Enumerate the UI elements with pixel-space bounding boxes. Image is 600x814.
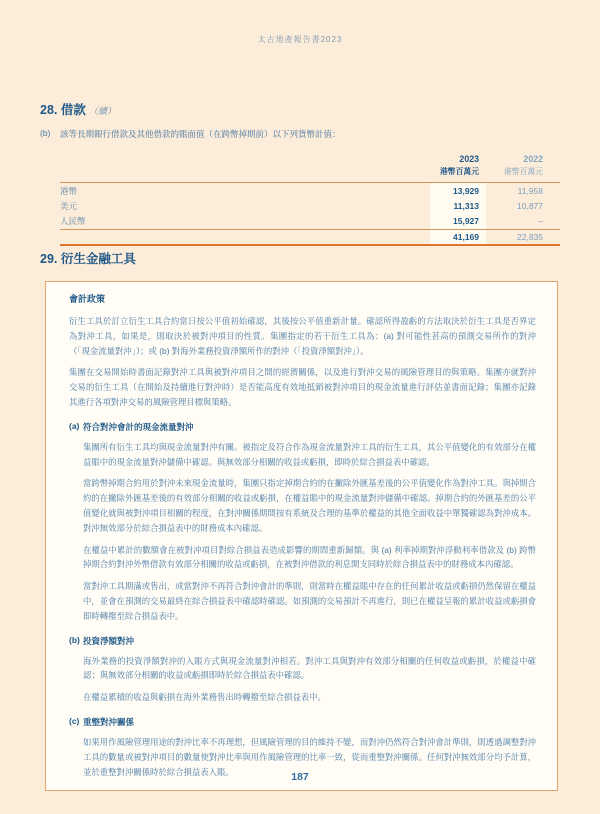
subsection-paragraph: 在權益累積的收益與虧損在海外業務售出時轉撥至綜合損益表中。 bbox=[83, 690, 536, 705]
subsection-paragraph: 當跨幣掉期合約用於對沖未來現金流量時，集團只指定掉期合約的在撇除外匯基差後的公平… bbox=[83, 476, 536, 535]
column-header-2022: 2022 港幣百萬元 bbox=[486, 154, 560, 177]
section-29-number: 29. bbox=[40, 252, 57, 266]
subsection-a-heading: (a) 符合對沖會計的現金流量對沖 bbox=[69, 421, 536, 433]
table-row: 美元 11,313 10,877 bbox=[60, 198, 560, 213]
row-label: 人民幣 bbox=[60, 215, 430, 227]
section-28-title: 28. 借款（續） bbox=[40, 100, 560, 118]
accounting-policy-box: 會計政策 衍生工具於訂立衍生工具合約當日按公平值初始確認，其後按公平值重新計量。… bbox=[45, 281, 558, 791]
total-value-2023: 41,169 bbox=[430, 230, 486, 244]
row-value-2022: 10,877 bbox=[486, 201, 560, 211]
borrowings-currency-table: 2023 港幣百萬元 2022 港幣百萬元 港幣 13,929 11,958 美… bbox=[60, 154, 560, 246]
row-label: 美元 bbox=[60, 200, 430, 212]
subsection-a-body: 集團所有衍生工具均與現金流量對沖有關。被指定及符合作為現金流量對沖工具的衍生工具… bbox=[83, 440, 536, 624]
subsection-paragraph: 在權益中累計的數額會在被對沖項目對綜合損益表造成影響的期間重新歸類。與 (a) … bbox=[83, 543, 536, 573]
subsection-c-label: (c) bbox=[69, 716, 83, 728]
row-value-2022: 11,958 bbox=[486, 186, 560, 196]
table-row: 人民幣 15,927 – bbox=[60, 213, 560, 228]
subsection-paragraph: 當對沖工具期滿或售出，或當對沖不再符合對沖會計的準則，則當時在權益賬中存在的任何… bbox=[83, 579, 536, 623]
row-value-2023: 13,929 bbox=[430, 183, 486, 198]
subsection-a-title: 符合對沖會計的現金流量對沖 bbox=[83, 421, 194, 433]
subsection-paragraph: 集團所有衍生工具均與現金流量對沖有關。被指定及符合作為現金流量對沖工具的衍生工具… bbox=[83, 440, 536, 470]
policy-box-title: 會計政策 bbox=[69, 292, 536, 305]
subsection-b-body: 海外業務的投資淨額對沖的入賬方式與現金流量對沖相若。對沖工具與對沖有效部分相關的… bbox=[83, 654, 536, 705]
policy-subsection-b: (b) 投資淨額對沖 海外業務的投資淨額對沖的入賬方式與現金流量對沖相若。對沖工… bbox=[69, 635, 536, 705]
subsection-a-label: (a) bbox=[69, 421, 83, 433]
subsection-b-label: (b) bbox=[69, 635, 83, 647]
page-number: 187 bbox=[0, 771, 600, 783]
section-28-borrowings: 28. 借款（續） (b) 該等長期銀行借款及其他借款的賬面值（在跨幣掉期前）以… bbox=[40, 100, 560, 246]
row-value-2023: 11,313 bbox=[430, 198, 486, 213]
section-28-number: 28. bbox=[40, 103, 57, 117]
table-header-row: 2023 港幣百萬元 2022 港幣百萬元 bbox=[60, 154, 560, 183]
policy-intro-paragraph: 衍生工具於訂立衍生工具合約當日按公平值初始確認，其後按公平值重新計量。確認所得盈… bbox=[69, 314, 536, 358]
subsection-b-heading: (b) 投資淨額對沖 bbox=[69, 635, 536, 647]
row-value-2023: 15,927 bbox=[430, 213, 486, 228]
running-header: 太古地產報告書2023 bbox=[0, 34, 600, 45]
total-value-2022: 22,835 bbox=[486, 232, 560, 242]
section-29-heading: 衍生金融工具 bbox=[61, 252, 136, 266]
policy-intro-paragraph: 集團在交易開始時書面記錄對沖工具與被對沖項目之間的經濟關係，以及進行對沖交易的風… bbox=[69, 365, 536, 409]
subsection-c-heading: (c) 重整對沖關係 bbox=[69, 716, 536, 728]
table-total-row: 41,169 22,835 bbox=[60, 229, 560, 246]
row-value-2022: – bbox=[486, 216, 560, 226]
section-29-title: 29. 衍生金融工具 bbox=[40, 249, 560, 267]
table-row: 港幣 13,929 11,958 bbox=[60, 183, 560, 198]
report-page: 太古地產報告書2023 28. 借款（續） (b) 該等長期銀行借款及其他借款的… bbox=[0, 0, 600, 814]
section-28-item-b: (b) 該等長期銀行借款及其他借款的賬面值（在跨幣掉期前）以下列貨幣計值： bbox=[40, 128, 560, 140]
policy-subsection-a: (a) 符合對沖會計的現金流量對沖 集團所有衍生工具均與現金流量對沖有關。被指定… bbox=[69, 421, 536, 624]
item-b-text: 該等長期銀行借款及其他借款的賬面值（在跨幣掉期前）以下列貨幣計值： bbox=[60, 128, 341, 140]
row-label: 港幣 bbox=[60, 185, 430, 197]
subsection-paragraph: 海外業務的投資淨額對沖的入賬方式與現金流量對沖相若。對沖工具與對沖有效部分相關的… bbox=[83, 654, 536, 684]
subsection-b-title: 投資淨額對沖 bbox=[83, 635, 134, 647]
policy-subsection-c: (c) 重整對沖關係 如果用作風險管理用途的對沖比率不再理想，但風險管理的目的維… bbox=[69, 716, 536, 779]
subsection-c-title: 重整對沖關係 bbox=[83, 716, 134, 728]
column-header-2023: 2023 港幣百萬元 bbox=[430, 154, 486, 177]
section-28-continued-label: （續） bbox=[89, 106, 116, 116]
section-29-derivatives: 29. 衍生金融工具 會計政策 衍生工具於訂立衍生工具合約當日按公平值初始確認，… bbox=[40, 249, 560, 791]
section-28-heading: 借款 bbox=[61, 103, 86, 117]
item-b-marker: (b) bbox=[40, 128, 60, 140]
